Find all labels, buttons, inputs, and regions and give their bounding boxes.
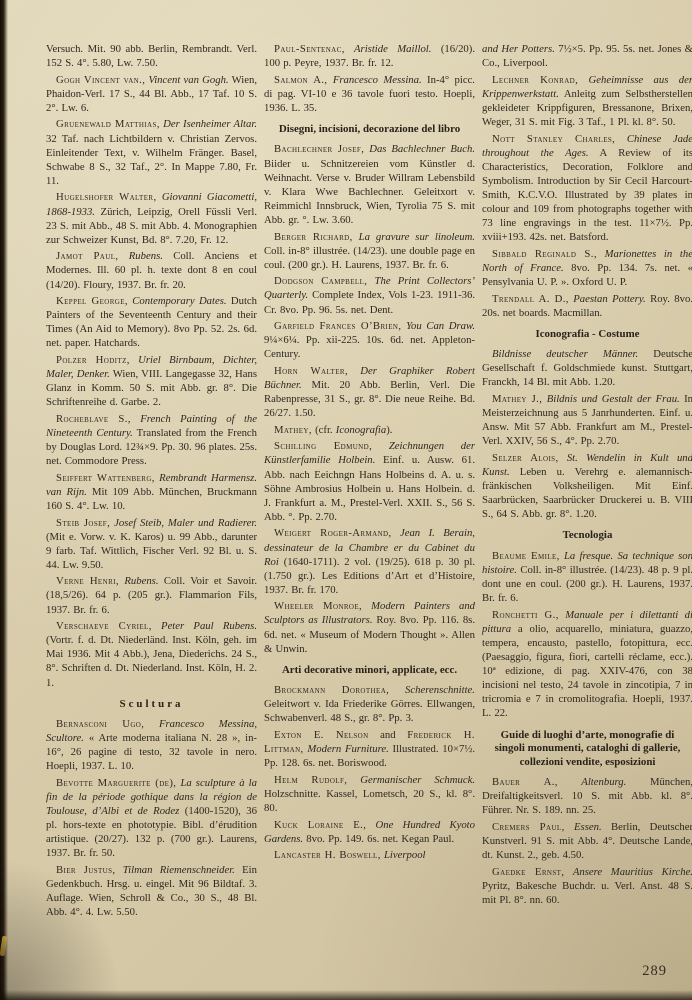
work-title: Contemporary Dates.: [128, 295, 227, 307]
work-title: Das Bachlechner Buch.: [364, 143, 475, 155]
bib-entry: Beaume Emile, La fresque. Sa technique s…: [482, 549, 692, 605]
bib-entry: Ronchetti G., Manuale per i dilettanti d…: [482, 608, 692, 721]
bib-entry: Keppel George, Contemporary Dates. Dutch…: [46, 294, 257, 350]
section-heading: Arti decorative minori, applicate, ecc.: [270, 664, 469, 678]
author-name: Bernasconi Ugo,: [56, 718, 144, 730]
work-title: Modern Furniture.: [304, 743, 389, 755]
bib-entry: Wheeler Monroe, Modern Painters and Scul…: [264, 599, 475, 655]
author-name: Gogh Vincent van.,: [56, 74, 145, 86]
author-name: Cremers Paul,: [492, 821, 565, 833]
author-name: Berger Richard,: [274, 231, 353, 243]
work-title: Tilman Riemenschneider.: [116, 864, 235, 876]
work-title: Paestan Pottery.: [569, 293, 646, 305]
text-columns: Versuch. Mit. 90 abb. Berlin, Rembrandt.…: [46, 42, 689, 922]
author-name: Kuck Loraine E.,: [274, 819, 366, 831]
work-title: Rubens.: [118, 250, 162, 262]
author-name: Mathey,: [274, 424, 312, 436]
bib-entry: Weigert Roger-Armand, Jean I. Berain, de…: [264, 526, 475, 596]
entry-text: (Vortr. f. d. Dt. Niederländ. Inst. Köln…: [46, 634, 257, 688]
author-name: Brockmann Dorothea,: [274, 684, 389, 696]
work-title: Aristide Maillol.: [345, 43, 432, 55]
author-name: Lechner Konrad,: [492, 74, 578, 86]
author-name: Bachlechner Josef,: [274, 143, 364, 155]
bib-entry: Lancaster H. Boswell, Liverpool: [264, 848, 475, 862]
bib-entry: Kuck Loraine E., One Hundred Kyoto Garde…: [264, 818, 475, 846]
entry-text: (1640-1711). 2 vol. (19/25). 618 p. 30 p…: [264, 556, 475, 596]
entry-text: Coll. in-8° illustrée. (14/23). une doub…: [264, 245, 475, 271]
bib-entry: Seiffert Wattenberg, Rembrandt Harmensz.…: [46, 471, 257, 513]
entry-text: 8vo. Pp. 149. 6s. net. Kegan Paul.: [303, 833, 454, 845]
bib-entry: Bevotte Marguerite (de), La sculpture à …: [46, 776, 257, 861]
author-name: Gaedke Ernst,: [492, 866, 564, 878]
bib-entry: Berger Richard, La gravure sur linoleum.…: [264, 230, 475, 272]
bib-entry: Jamot Paul, Rubens. Coll. Anciens et Mod…: [46, 249, 257, 291]
work-title: Bildnis und Gestalt der Frau.: [542, 393, 679, 405]
bib-entry: Nott Stanley Charles, Chinese Jade throu…: [482, 132, 692, 245]
bib-entry: Gogh Vincent van., Vincent van Gogh. Wie…: [46, 73, 257, 115]
author-name: Paul-Sentenac,: [274, 43, 345, 55]
bib-entry: Verne Henri, Rubens. Coll. Voir et Savoi…: [46, 574, 257, 616]
bib-entry: Mathey J., Bildnis und Gestalt der Frau.…: [482, 392, 692, 448]
work-title: Liverpool: [381, 849, 426, 861]
author-name: Weigert Roger-Armand,: [274, 527, 392, 539]
author-name: Rocheblave S.,: [56, 413, 131, 425]
bib-entry: Bernasconi Ugo, Francesco Messina, Scult…: [46, 717, 257, 773]
bib-entry: Schilling Edmund, Zeichnungen der Künstl…: [264, 439, 475, 524]
work-title: Bildnisse deutscher Männer.: [492, 348, 638, 360]
bib-entry: Hugelshofer Walter, Giovanni Giacometti,…: [46, 190, 257, 246]
author-name: Bevotte Marguerite (de),: [56, 777, 176, 789]
author-name: Horn Walter,: [274, 365, 348, 377]
author-name: Lancaster H. Boswell,: [274, 849, 381, 861]
entry-text: Biider u. Schnitzereien vom Künstler d. …: [264, 158, 475, 226]
work-title: Peter Paul Rubens.: [152, 620, 257, 632]
bib-entry: Paul-Sentenac, Aristide Maillol. (16/20)…: [264, 42, 475, 70]
entry-text: A Review of its Characteristics, Decorat…: [482, 147, 692, 244]
bib-entry: Selzer Alois, St. Wendelin in Kult und K…: [482, 451, 692, 521]
work-title: Der Isenheimer Altar.: [160, 118, 257, 130]
work-title: Francesco Messina.: [327, 74, 421, 86]
section-heading: Guide di luoghi d’arte, monografie di si…: [488, 729, 687, 770]
author-name: Trendall A. D.,: [492, 293, 569, 305]
author-name: Keppel George,: [56, 295, 128, 307]
work-title: Essen.: [565, 821, 602, 833]
work-title: Ansere Mauritius Kirche.: [564, 866, 692, 878]
author-name: Salmon A.,: [274, 74, 327, 86]
bib-entry: Bauer A., Altenburg. München, Dreifaltig…: [482, 775, 692, 817]
entry-text: Holzschnitte. Kassel, Lometsch, 20 S., k…: [264, 788, 475, 814]
work-title: Altenburg.: [558, 776, 626, 788]
section-heading: Disegni, incisioni, decorazione del libr…: [270, 123, 469, 137]
author-name: Hugelshofer Walter,: [56, 191, 157, 203]
work-title: Germanischer Schmuck.: [347, 774, 475, 786]
entry-text: 9¼×6¼. Pp. xii-225. 10s. 6d. net. Applet…: [264, 334, 475, 360]
entry-text: Pyritz, Bakesche Buchdr. u. Verl. Anst. …: [482, 880, 692, 906]
page-number: 289: [642, 963, 667, 980]
author-name: Wheeler Monroe,: [274, 600, 362, 612]
author-name: Garfield Frances O’Brien,: [274, 320, 401, 332]
author-name: Beaume Emile,: [492, 550, 560, 562]
entry-text: Geleitwort v. Ida Friederike Görres. Ell…: [264, 698, 475, 724]
entry-text: Leben u. Verehrg e. alemannisch-fränkisc…: [482, 466, 692, 520]
author-name: Nott Stanley Charles,: [492, 133, 615, 145]
bib-entry: Bildnisse deutscher Männer. Deutsche Ges…: [482, 347, 692, 389]
bib-entry: Trendall A. D., Paestan Pottery. Roy. 8v…: [482, 292, 692, 320]
author-name: Polzer Hoditz,: [56, 354, 130, 366]
bib-entry: Salmon A., Francesco Messina. In-4° picc…: [264, 73, 475, 115]
author-name: Sibbald Reginald S.,: [492, 248, 597, 260]
author-name: Steib Josef,: [56, 517, 110, 529]
bib-entry: Gaedke Ernst, Ansere Mauritius Kirche. P…: [482, 865, 692, 907]
bib-entry: Steib Josef, Josef Steib, Maler und Radi…: [46, 516, 257, 572]
bib-entry: Helm Rudolf, Germanischer Schmuck. Holzs…: [264, 773, 475, 815]
entry-text: ).: [386, 424, 392, 436]
bib-entry: Garfield Frances O’Brien, You Can Draw. …: [264, 319, 475, 361]
section-heading: Tecnologia: [488, 529, 687, 543]
author-name: Ronchetti G.,: [492, 609, 559, 621]
bib-entry: Brockmann Dorothea, Scherenschnitte. Gel…: [264, 683, 475, 725]
bib-entry: Dodgson Campbell, The Print Collectors’ …: [264, 274, 475, 316]
bib-entry: Lechner Konrad, Geheimnisse aus der Krip…: [482, 73, 692, 129]
bib-entry: Cremers Paul, Essen. Berlin, Deutscher K…: [482, 820, 692, 862]
section-heading: Scultura: [52, 698, 251, 712]
author-name: Exton E. Nelson: [274, 729, 369, 741]
author-name: Gruenewald Matthias,: [56, 118, 160, 130]
bib-entry: Verschaeve Cyriel, Peter Paul Rubens. (V…: [46, 619, 257, 689]
author-name: Bauer A.,: [492, 776, 558, 788]
author-name: Verschaeve Cyriel,: [56, 620, 152, 632]
column-right: and Her Potters. 7½×5. Pp. 95. 5s. net. …: [482, 42, 692, 922]
column-middle: Paul-Sentenac, Aristide Maillol. (16/20)…: [264, 42, 475, 922]
author-name: Verne Henri,: [56, 575, 119, 587]
column-left: Versuch. Mit. 90 abb. Berlin, Rembrandt.…: [46, 42, 257, 922]
work-title: Josef Steib, Maler und Radierer.: [110, 517, 257, 529]
work-title: Scherenschnitte.: [389, 684, 475, 696]
scan-edge-left: [0, 0, 8, 1000]
bib-entry: Polzer Hoditz, Uriel Birnbaum, Dichter, …: [46, 353, 257, 409]
bib-entry: Rocheblave S., French Painting of the Ni…: [46, 412, 257, 468]
entry-text: (cfr.: [312, 424, 336, 436]
work-title: Vincent van Gogh.: [145, 74, 228, 86]
entry-text: a olio, acquarello, miniatura, guazzo, t…: [482, 623, 692, 720]
author-name: Helm Rudolf,: [274, 774, 347, 786]
bib-entry: Sibbald Reginald S., Marionettes in the …: [482, 247, 692, 289]
work-title: Rubens.: [119, 575, 159, 587]
bib-entry: Mathey, (cfr. Iconografia).: [264, 423, 475, 437]
work-title: La gravure sur linoleum.: [353, 231, 475, 243]
work-title: and Her Potters.: [482, 43, 555, 55]
entry-text: and: [369, 729, 408, 741]
section-heading: Iconografia - Costume: [488, 328, 687, 342]
author-name: Schilling Edmund,: [274, 440, 372, 452]
author-name: Jamot Paul,: [56, 250, 118, 262]
scan-corner-shade: [0, 860, 120, 1000]
bib-entry-continuation: and Her Potters. 7½×5. Pp. 95. 5s. net. …: [482, 42, 692, 70]
bib-entry: Exton E. Nelson and Frederick H. Littman…: [264, 728, 475, 770]
bib-entry: Gruenewald Matthias, Der Isenheimer Alta…: [46, 117, 257, 187]
author-name: Dodgson Campbell,: [274, 275, 367, 287]
author-name: Seiffert Wattenberg,: [56, 472, 155, 484]
entry-text: (Mit e. Vorw. v. K. Karos) u. 99 Abb., d…: [46, 531, 257, 571]
entry-text: 32 Taf. nach Lichtbildern v. Christian Z…: [46, 133, 257, 187]
bib-entry-continuation: Versuch. Mit. 90 abb. Berlin, Rembrandt.…: [46, 42, 257, 70]
bib-entry: Horn Walter, Der Graphiker Robert Büchne…: [264, 364, 475, 420]
author-name: Mathey J.,: [492, 393, 542, 405]
author-name: Selzer Alois,: [492, 452, 559, 464]
entry-text: Versuch. Mit. 90 abb. Berlin, Rembrandt.…: [46, 43, 257, 69]
work-title: You Can Draw.: [401, 320, 475, 332]
bib-entry: Bachlechner Josef, Das Bachlechner Buch.…: [264, 142, 475, 227]
scanned-book-page: Versuch. Mit. 90 abb. Berlin, Rembrandt.…: [0, 0, 692, 1000]
work-title: Iconografia: [336, 424, 386, 436]
